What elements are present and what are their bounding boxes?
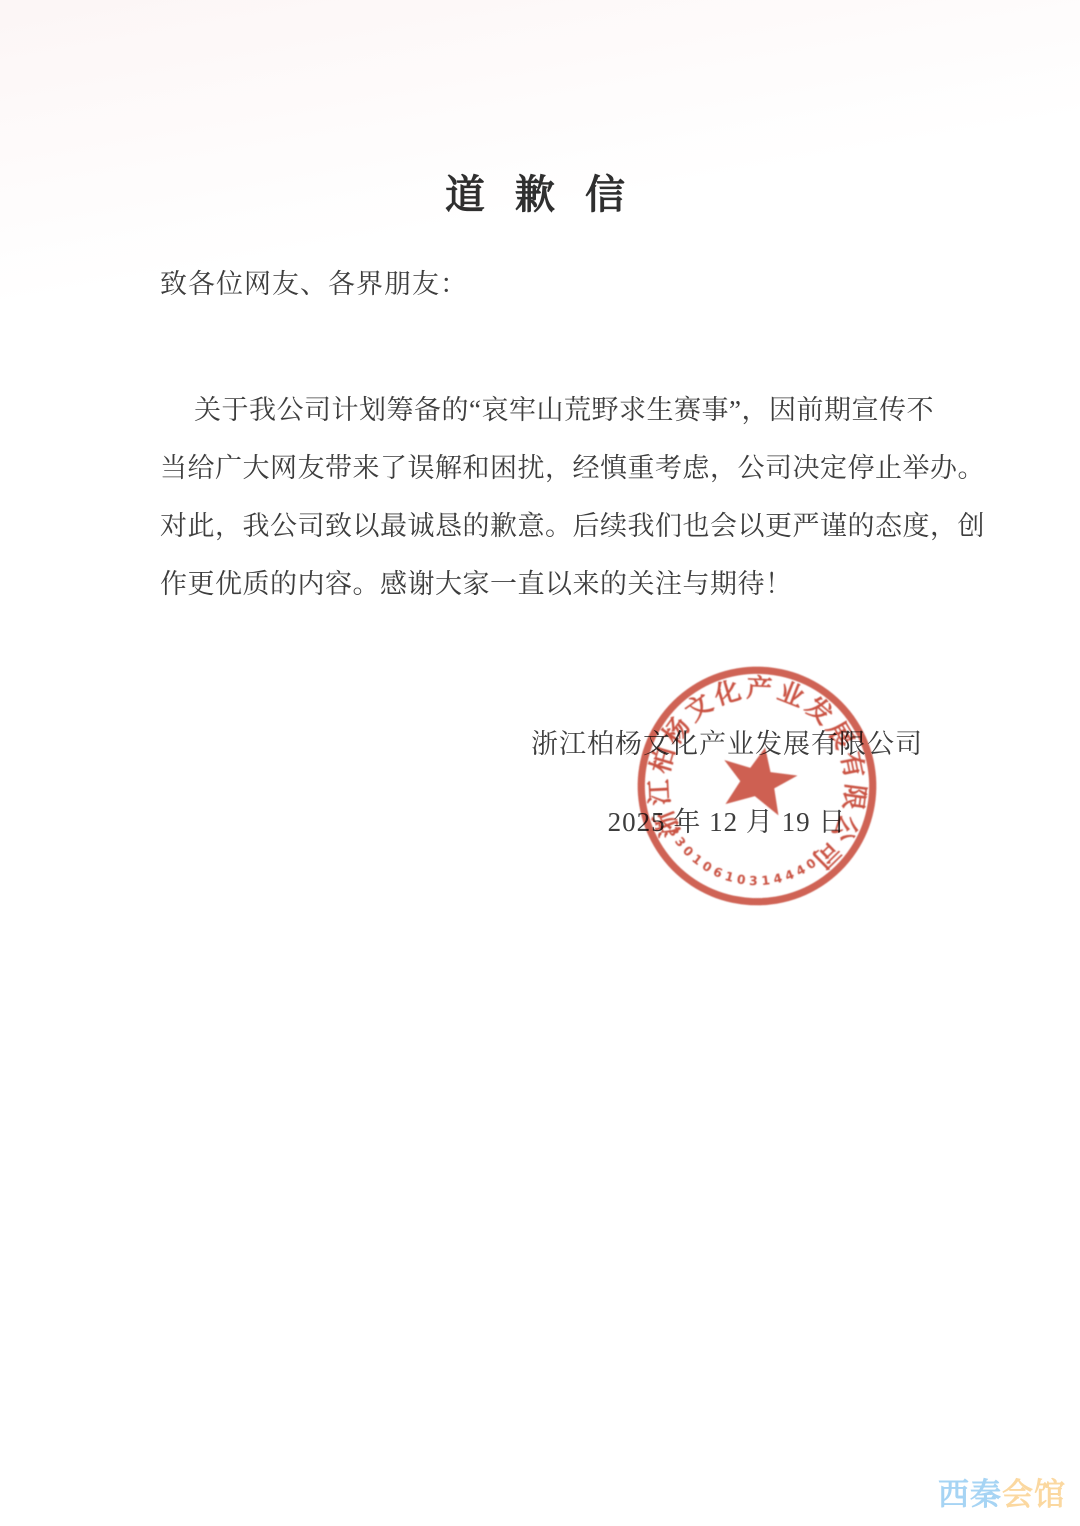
body-line: 关于我公司计划筹备的“哀牢山荒野求生赛事”，因前期宣传不 xyxy=(160,381,950,439)
watermark-part2: 会馆 xyxy=(1002,1477,1066,1513)
watermark: 西秦会馆 xyxy=(938,1469,1066,1514)
body-line: 当给广大网友带来了误解和困扰，经慎重考虑，公司决定停止举办。 xyxy=(160,439,950,497)
body-line: 作更优质的内容。感谢大家一直以来的关注与期待！ xyxy=(160,555,950,613)
watermark-part1: 西秦 xyxy=(938,1477,1002,1513)
letter-title: 道 歉 信 xyxy=(0,163,1080,220)
body-line: 对此，我公司致以最诚恳的歉意。后续我们也会以更严谨的态度，创 xyxy=(160,497,950,555)
apology-letter-page: 道 歉 信 致各位网友、各界朋友： 关于我公司计划筹备的“哀牢山荒野求生赛事”，… xyxy=(0,0,1080,1526)
letter-salutation: 致各位网友、各界朋友： xyxy=(160,262,468,301)
letter-body: 关于我公司计划筹备的“哀牢山荒野求生赛事”，因前期宣传不 当给广大网友带来了误解… xyxy=(160,381,950,613)
star-icon xyxy=(715,740,801,818)
company-seal: 浙江柏杨文化产业发展有限公司 33010610314440 xyxy=(610,639,904,933)
